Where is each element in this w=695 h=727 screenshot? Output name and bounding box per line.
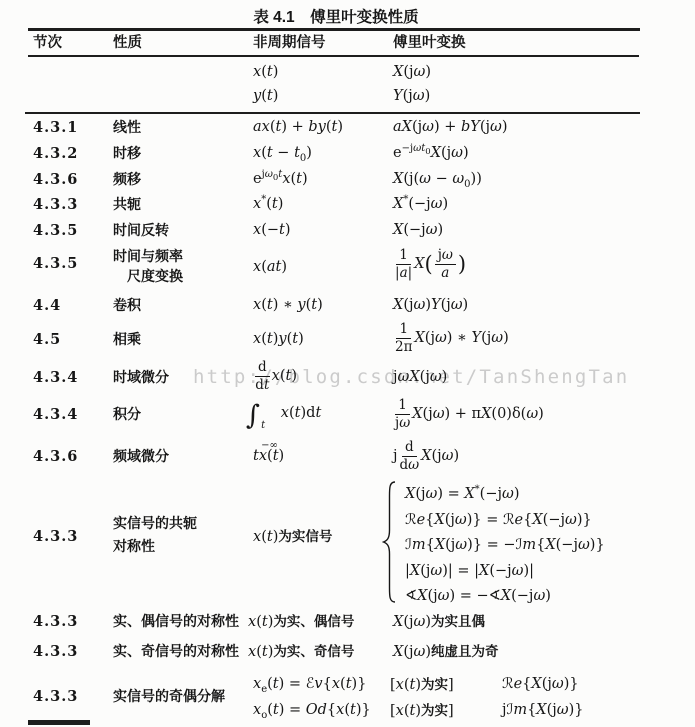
property-cell: 实信号的奇偶分解 <box>113 687 225 706</box>
section-cell: 4.3.4 <box>33 368 78 387</box>
transform-formula: e−jωt0X(jω) <box>393 144 469 163</box>
page-title: 表 4.1 傅里叶变换性质 <box>0 5 672 27</box>
transform-formula: jℐm{X(jω)} <box>502 701 584 720</box>
property-cell-line1: 实信号的共轭 <box>113 514 197 533</box>
signal-formula: x(t)为实、奇信号 <box>248 642 354 662</box>
table-row-conjugate-symmetry: 4.3.3 实信号的共轭 对称性 x(t)为实信号 X(jω) = X*(−jω… <box>0 480 695 604</box>
column-header-section: 节次 <box>33 34 62 53</box>
symmetry-line: ℐm{X(jω)} = −ℐm{X(−jω)} <box>405 536 605 555</box>
signal-formula: x(−t) <box>253 221 291 240</box>
condition-text: [x(t)为实] <box>390 675 454 695</box>
transform-formula: jddωX(jω) <box>393 440 459 472</box>
table-row: 4.3.3 共轭 x*(t) X*(−jω) <box>0 195 695 215</box>
property-cell: 共轭 <box>113 195 141 214</box>
table-row: x(t) X(jω) <box>0 63 695 83</box>
transform-formula: 1jωX(jω) + πX(0)δ(ω) <box>393 398 544 430</box>
table-row: 4.3.4 积分 ∫t−∞x(t)dt 1jωX(jω) + πX(0)δ(ω) <box>0 396 695 438</box>
section-cell: 4.3.3 <box>33 195 78 214</box>
property-cell-line2: 尺度变换 <box>127 267 183 286</box>
section-cell: 4.3.6 <box>33 170 78 189</box>
signal-formula: x(t)为实、偶信号 <box>248 612 354 632</box>
table-row: 4.3.1 线性 ax(t) + by(t) aX(jω) + bY(jω) <box>0 118 695 138</box>
section-cell: 4.4 <box>33 296 61 315</box>
symmetry-line: X(jω) = X*(−jω) <box>405 485 519 504</box>
table-rule-header <box>28 55 639 57</box>
signal-formula: y(t) <box>253 87 278 106</box>
signal-formula: x*(t) <box>253 195 283 214</box>
table-row: 4.4 卷积 x(t) ∗ y(t) X(jω)Y(jω) <box>0 296 695 316</box>
column-header-signal: 非周期信号 <box>253 34 326 53</box>
transform-formula: 1|a|X(jωa) <box>393 248 466 280</box>
transform-formula: X(j(ω − ω0)) <box>393 170 482 189</box>
table-rule-top <box>28 28 640 31</box>
property-cell: 频移 <box>113 170 141 189</box>
table-row-even-odd-decomposition: 4.3.3 实信号的奇偶分解 xe(t) = ℰv{x(t)} [x(t)为实]… <box>0 672 695 722</box>
signal-formula: tx(t) <box>253 447 284 466</box>
section-cell: 4.5 <box>33 330 61 349</box>
condition-text: [x(t)为实] <box>390 701 454 721</box>
table-row: 4.3.5 时间反转 x(−t) X(−jω) <box>0 221 695 241</box>
symmetry-line: ∢X(jω) = −∢X(−jω) <box>405 587 551 606</box>
table-rule-bottom-fragment <box>28 720 90 725</box>
property-cell: 卷积 <box>113 296 141 315</box>
property-cell: 时移 <box>113 144 141 163</box>
property-cell: 线性 <box>113 118 141 137</box>
transform-formula: aX(jω) + bY(jω) <box>393 118 508 137</box>
transform-formula: X(−jω) <box>393 221 443 240</box>
transform-formula: ℛℯ{X(jω)} <box>502 675 579 694</box>
property-cell: 时间反转 <box>113 221 169 240</box>
transform-formula: Y(jω) <box>393 87 430 106</box>
signal-formula: x(t)y(t) <box>253 330 304 349</box>
table-row: 4.3.6 频域微分 tx(t) jddωX(jω) <box>0 438 695 476</box>
transform-formula: X(jω) <box>393 63 431 82</box>
section-cell: 4.3.2 <box>33 144 78 163</box>
section-cell: 4.3.5 <box>33 254 78 273</box>
signal-formula: x(t) ∗ y(t) <box>253 296 323 315</box>
column-header-property: 性质 <box>113 34 142 53</box>
section-cell: 4.3.1 <box>33 118 78 137</box>
table-row: 4.3.5 时间与频率 尺度变换 x(at) 1|a|X(jωa) <box>0 246 695 290</box>
table-row: 4.3.6 频移 ejω0tx(t) X(j(ω − ω0)) <box>0 170 695 190</box>
table-header-row: 节次 性质 非周期信号 傅里叶变换 <box>0 34 695 54</box>
left-brace <box>382 481 398 603</box>
signal-formula: ddtx(t) <box>253 360 297 392</box>
section-cell: 4.3.6 <box>33 447 78 466</box>
property-cell: 积分 <box>113 405 141 424</box>
table-row: y(t) Y(jω) <box>0 87 695 107</box>
column-header-transform: 傅里叶变换 <box>393 34 466 53</box>
table-row: 4.3.4 时域微分 ddtx(t) jωX(jω) <box>0 358 695 396</box>
signal-formula: x(t) <box>253 63 278 82</box>
property-cell: 频域微分 <box>113 447 169 466</box>
table-row: 4.3.3 实、偶信号的对称性 x(t)为实、偶信号 X(jω)为实且偶 <box>0 612 695 632</box>
signal-formula: x(t − t0) <box>253 144 312 163</box>
scanned-table-page: 表 4.1 傅里叶变换性质 节次 性质 非周期信号 傅里叶变换 x(t) X(j… <box>0 0 695 727</box>
signal-formula: x(at) <box>253 258 287 277</box>
property-cell: 实、奇信号的对称性 <box>113 642 239 661</box>
table-row: 4.3.3 实、奇信号的对称性 x(t)为实、奇信号 X(jω)纯虚且为奇 <box>0 642 695 662</box>
symmetry-line: ℛℯ{X(jω)} = ℛℯ{X(−jω)} <box>405 511 592 530</box>
transform-formula: 12πX(jω) ∗ Y(jω) <box>393 322 509 354</box>
section-cell: 4.3.3 <box>33 612 78 631</box>
transform-formula: jωX(jω) <box>393 368 447 387</box>
transform-formula: X(jω)为实且偶 <box>393 612 485 632</box>
symmetry-line: |X(jω)| = |X(−jω)| <box>405 562 534 581</box>
signal-formula: xe(t) = ℰv{x(t)} <box>253 675 366 694</box>
section-cell: 4.3.3 <box>33 527 78 546</box>
section-cell: 4.3.5 <box>33 221 78 240</box>
property-cell: 时域微分 <box>113 368 169 387</box>
signal-formula: ejω0tx(t) <box>253 170 308 189</box>
signal-formula: ax(t) + by(t) <box>253 118 343 137</box>
property-cell: 相乘 <box>113 330 141 349</box>
property-cell-line1: 时间与频率 <box>113 247 183 266</box>
signal-formula: xo(t) = Od{x(t)} <box>253 701 371 720</box>
section-cell: 4.3.4 <box>33 405 78 424</box>
table-row: 4.3.2 时移 x(t − t0) e−jωt0X(jω) <box>0 144 695 164</box>
signal-formula: x(t)为实信号 <box>253 527 332 547</box>
section-cell: 4.3.3 <box>33 687 78 706</box>
property-cell-line2: 对称性 <box>113 537 155 556</box>
transform-formula: X(jω)纯虚且为奇 <box>393 642 498 662</box>
transform-formula: X*(−jω) <box>393 195 448 214</box>
table-rule-body <box>25 112 640 114</box>
transform-formula: X(jω)Y(jω) <box>393 296 468 315</box>
section-cell: 4.3.3 <box>33 642 78 661</box>
property-cell: 实、偶信号的对称性 <box>113 612 239 631</box>
table-row: 4.5 相乘 x(t)y(t) 12πX(jω) ∗ Y(jω) <box>0 322 695 360</box>
